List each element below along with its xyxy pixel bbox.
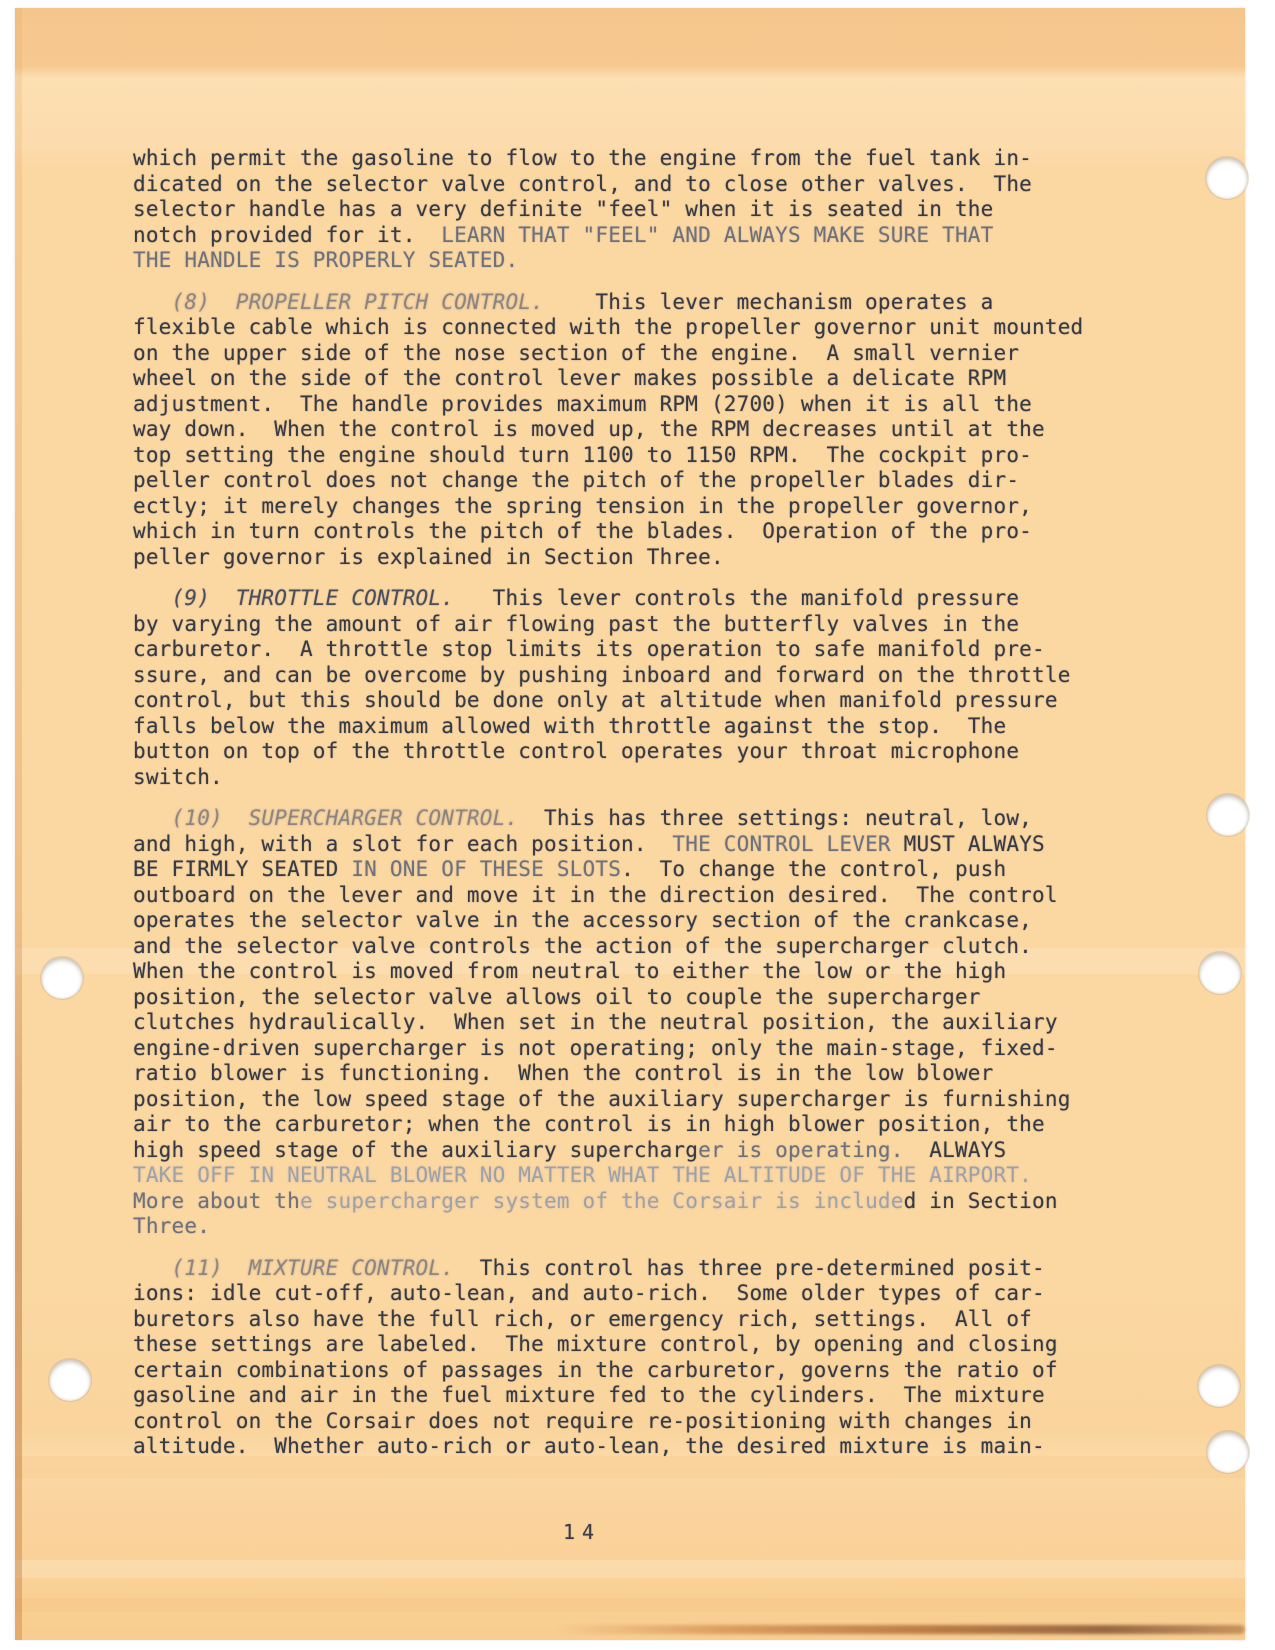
text-segment: by varying the amount of air flowing pas… xyxy=(133,612,1019,636)
text-segment: position, the selector valve allows oil … xyxy=(133,985,981,1009)
text-segment: flexible cable which is connected with t… xyxy=(133,315,1083,339)
paragraph: (11) MIXTURE CONTROL. This control has t… xyxy=(133,1256,1183,1460)
text-segment: outboard on the lever and move it in the… xyxy=(133,883,1058,907)
text-segment: gasoline and air in the fuel mixture fed… xyxy=(133,1383,1045,1407)
text-line: these settings are labeled. The mixture … xyxy=(133,1332,1183,1358)
section-heading: (8) PROPELLER PITCH CONTROL. xyxy=(172,290,544,314)
text-segment: selector handle has a very definite "fee… xyxy=(133,197,994,221)
text-line: adjustment. The handle provides maximum … xyxy=(133,392,1183,418)
text-segment: BE FIRMLY SEATED xyxy=(133,857,351,881)
text-segment: er is operating. xyxy=(698,1138,904,1162)
text-segment: d in Section xyxy=(904,1189,1058,1213)
text-segment: Three. xyxy=(133,1214,210,1238)
text-segment: wheel on the side of the control lever m… xyxy=(133,366,1006,390)
text-segment: adjustment. The handle provides maximum … xyxy=(133,392,1032,416)
text-line: Three. xyxy=(133,1214,1183,1240)
text-segment: certain combinations of passages in the … xyxy=(133,1358,1058,1382)
text-segment: This has three settings: neutral, low, xyxy=(518,806,1032,830)
paragraph: (8) PROPELLER PITCH CONTROL. This lever … xyxy=(133,290,1183,571)
text-line: clutches hydraulically. When set in the … xyxy=(133,1010,1183,1036)
text-segment: More about th xyxy=(133,1189,300,1213)
text-line: ratio blower is functioning. When the co… xyxy=(133,1061,1183,1087)
text-line: ions: idle cut-off, auto-lean, and auto-… xyxy=(133,1281,1183,1307)
text-segment: altitude. Whether auto-rich or auto-lean… xyxy=(133,1434,1045,1458)
text-segment: notch provided for it. xyxy=(133,223,441,247)
text-line: button on top of the throttle control op… xyxy=(133,739,1183,765)
text-segment: This control has three pre-determined po… xyxy=(454,1256,1045,1280)
text-line: TAKE OFF IN NEUTRAL BLOWER NO MATTER WHA… xyxy=(133,1163,1183,1189)
sheet-bottom-smudge xyxy=(555,1625,1245,1634)
text-line: outboard on the lever and move it in the… xyxy=(133,883,1183,909)
text-line: peller governor is explained in Section … xyxy=(133,545,1183,571)
text-segment: switch. xyxy=(133,765,223,789)
text-segment: peller governor is explained in Section … xyxy=(133,545,724,569)
text-segment: way down. When the control is moved up, … xyxy=(133,417,1045,441)
text-line: buretors also have the full rich, or eme… xyxy=(133,1307,1183,1333)
punch-hole xyxy=(1207,1431,1249,1473)
text-line: operates the selector valve in the acces… xyxy=(133,908,1183,934)
text-line: air to the carburetor; when the control … xyxy=(133,1112,1183,1138)
text-segment xyxy=(133,290,172,314)
text-segment: ions: idle cut-off, auto-lean, and auto-… xyxy=(133,1281,1045,1305)
text-segment: buretors also have the full rich, or eme… xyxy=(133,1307,1032,1331)
text-segment: air to the carburetor; when the control … xyxy=(133,1112,1045,1136)
text-line: BE FIRMLY SEATED IN ONE OF THESE SLOTS. … xyxy=(133,857,1183,883)
text-line: THE HANDLE IS PROPERLY SEATED. xyxy=(133,248,1183,274)
text-line: control, but this should be done only at… xyxy=(133,688,1183,714)
text-line: notch provided for it. LEARN THAT "FEEL"… xyxy=(133,223,1183,249)
text-segment: ALWAYS xyxy=(904,1138,1007,1162)
text-segment: ratio blower is functioning. When the co… xyxy=(133,1061,994,1085)
text-line: ectly; it merely changes the spring tens… xyxy=(133,494,1183,520)
text-segment: control, but this should be done only at… xyxy=(133,688,1058,712)
text-segment: When the control is moved from neutral t… xyxy=(133,959,1006,983)
text-line: position, the low speed stage of the aux… xyxy=(133,1087,1183,1113)
sheet-left-edge xyxy=(15,8,22,1640)
text-line: falls below the maximum allowed with thr… xyxy=(133,714,1183,740)
scan-band xyxy=(15,1560,1245,1578)
text-line: (11) MIXTURE CONTROL. This control has t… xyxy=(133,1256,1183,1282)
text-line: by varying the amount of air flowing pas… xyxy=(133,612,1183,638)
text-segment: top setting the engine should turn 1100 … xyxy=(133,443,1032,467)
text-line: high speed stage of the auxiliary superc… xyxy=(133,1138,1183,1164)
text-line: and the selector valve controls the acti… xyxy=(133,934,1183,960)
text-segment xyxy=(133,1256,172,1280)
text-segment: high speed stage of the auxiliary superc… xyxy=(133,1138,698,1162)
section-heading: (9) THROTTLE CONTROL. xyxy=(172,586,455,610)
paragraph: (10) SUPERCHARGER CONTROL. This has thre… xyxy=(133,806,1183,1240)
text-line: peller control does not change the pitch… xyxy=(133,468,1183,494)
text-line: selector handle has a very definite "fee… xyxy=(133,197,1183,223)
text-segment: engine-driven supercharger is not operat… xyxy=(133,1036,1058,1060)
punch-hole xyxy=(1206,157,1248,199)
text-line: control on the Corsair does not require … xyxy=(133,1409,1183,1435)
text-segment: on the upper side of the nose section of… xyxy=(133,341,1019,365)
text-segment xyxy=(133,586,172,610)
punch-hole xyxy=(49,1359,91,1401)
text-line: on the upper side of the nose section of… xyxy=(133,341,1183,367)
scan-background: which permit the gasoline to flow to the… xyxy=(0,0,1275,1650)
text-segment: these settings are labeled. The mixture … xyxy=(133,1332,1058,1356)
text-segment: button on top of the throttle control op… xyxy=(133,739,1019,763)
paragraph: which permit the gasoline to flow to the… xyxy=(133,146,1183,274)
text-segment: MUST ALWAYS xyxy=(891,832,1045,856)
text-segment: THE HANDLE IS PROPERLY SEATED. xyxy=(133,248,518,272)
text-line: (8) PROPELLER PITCH CONTROL. This lever … xyxy=(133,290,1183,316)
text-line: ssure, and can be overcome by pushing in… xyxy=(133,663,1183,689)
text-line: dicated on the selector valve control, a… xyxy=(133,172,1183,198)
text-line: carburetor. A throttle stop limits its o… xyxy=(133,637,1183,663)
section-heading: (11) MIXTURE CONTROL. xyxy=(172,1256,455,1280)
text-line: position, the selector valve allows oil … xyxy=(133,985,1183,1011)
text-segment: . To change the control, push xyxy=(621,857,1006,881)
text-segment: which permit the gasoline to flow to the… xyxy=(133,146,1032,170)
text-line: altitude. Whether auto-rich or auto-lean… xyxy=(133,1434,1183,1460)
page-sheet: which permit the gasoline to flow to the… xyxy=(15,8,1245,1640)
text-line: When the control is moved from neutral t… xyxy=(133,959,1183,985)
text-line: gasoline and air in the fuel mixture fed… xyxy=(133,1383,1183,1409)
text-segment: ectly; it merely changes the spring tens… xyxy=(133,494,1032,518)
text-block: which permit the gasoline to flow to the… xyxy=(133,146,1183,1481)
text-line: (10) SUPERCHARGER CONTROL. This has thre… xyxy=(133,806,1183,832)
text-segment: falls below the maximum allowed with thr… xyxy=(133,714,1006,738)
text-line: (9) THROTTLE CONTROL. This lever control… xyxy=(133,586,1183,612)
text-segment xyxy=(133,806,172,830)
text-segment: ssure, and can be overcome by pushing in… xyxy=(133,663,1071,687)
text-segment: carburetor. A throttle stop limits its o… xyxy=(133,637,1045,661)
text-line: engine-driven supercharger is not operat… xyxy=(133,1036,1183,1062)
text-segment: control on the Corsair does not require … xyxy=(133,1409,1032,1433)
scan-band xyxy=(15,1598,1245,1612)
text-segment: operates the selector valve in the acces… xyxy=(133,908,1032,932)
text-line: way down. When the control is moved up, … xyxy=(133,417,1183,443)
text-line: which in turn controls the pitch of the … xyxy=(133,519,1183,545)
text-line: which permit the gasoline to flow to the… xyxy=(133,146,1183,172)
punch-hole xyxy=(1198,1365,1240,1407)
text-segment: This lever controls the manifold pressur… xyxy=(454,586,1019,610)
text-line: More about the supercharger system of th… xyxy=(133,1189,1183,1215)
text-line: wheel on the side of the control lever m… xyxy=(133,366,1183,392)
text-segment: peller control does not change the pitch… xyxy=(133,468,1019,492)
paragraph: (9) THROTTLE CONTROL. This lever control… xyxy=(133,586,1183,790)
text-segment: LEARN THAT "FEEL" AND ALWAYS MAKE SURE T… xyxy=(441,223,993,247)
text-segment: and the selector valve controls the acti… xyxy=(133,934,1032,958)
text-line: flexible cable which is connected with t… xyxy=(133,315,1183,341)
text-segment: which in turn controls the pitch of the … xyxy=(133,519,1032,543)
text-segment: IN ONE OF THESE SLOTS xyxy=(351,857,621,881)
text-segment: clutches hydraulically. When set in the … xyxy=(133,1010,1058,1034)
text-line: switch. xyxy=(133,765,1183,791)
text-line: and high, with a slot for each position.… xyxy=(133,832,1183,858)
punch-hole xyxy=(1199,952,1241,994)
text-segment: e supercharger system of the Corsair is … xyxy=(300,1189,904,1213)
page-number: 14 xyxy=(563,1520,601,1544)
text-line: top setting the engine should turn 1100 … xyxy=(133,443,1183,469)
punch-hole xyxy=(41,957,83,999)
text-segment: position, the low speed stage of the aux… xyxy=(133,1087,1071,1111)
text-line: certain combinations of passages in the … xyxy=(133,1358,1183,1384)
text-segment: and high, with a slot for each position. xyxy=(133,832,672,856)
text-segment: TAKE OFF IN NEUTRAL BLOWER NO MATTER WHA… xyxy=(133,1163,1032,1187)
punch-hole xyxy=(1207,794,1249,836)
text-segment: THE CONTROL LEVER xyxy=(672,832,890,856)
text-segment: This lever mechanism operates a xyxy=(544,290,994,314)
section-heading: (10) SUPERCHARGER CONTROL. xyxy=(172,806,519,830)
text-segment: dicated on the selector valve control, a… xyxy=(133,172,1032,196)
